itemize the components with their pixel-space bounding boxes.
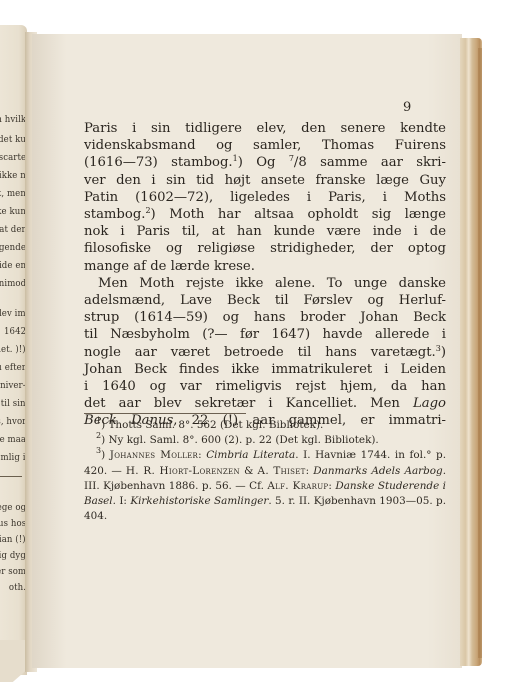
left-page-text-fragment: ldet. )!) [0, 345, 26, 355]
footnotes: 1) Thotts Saml. 8°. 562 (Det kgl. Biblio… [84, 418, 446, 524]
facing-left-page: n hvilk det ku escarte tikke n et, men s… [0, 25, 27, 675]
text-line: nogle aar været betroede til hans varetæ… [84, 344, 446, 361]
page-number: 9 [403, 100, 411, 115]
author-name: Johannes Moller [110, 449, 198, 461]
footnote-3: 3) Johannes Moller: Cimbria Literata. I.… [84, 448, 446, 524]
left-page-text-fragment: enimod [0, 279, 26, 289]
left-page-text-fragment: side en [0, 261, 26, 271]
left-page-text-fragment: escarte [0, 153, 26, 163]
author-name: H. R. Hiort-Lorenzen [126, 465, 240, 477]
work-title: Danmarks Adels Aarbog [313, 465, 442, 477]
text-line: videnskabsmand og samler, Thomas Fuirens [84, 137, 446, 154]
text-line: stambog.2) Moth har altsaa opholdt sig l… [84, 206, 446, 223]
text-line: (1616—73) stambog.1) Og 7/8 samme aar sk… [84, 154, 446, 171]
left-page-text-fragment: s, hvor [0, 417, 26, 427]
left-page-text-fragment: et, men [0, 189, 26, 199]
text-line: Patin (1602—72), ligeledes i Paris, i Mo… [84, 189, 446, 206]
left-page-text-fragment: tikke n [0, 171, 26, 181]
text-line: strup (1614—59) og hans broder Johan Bec… [84, 309, 446, 326]
text-line: nok i Paris til, at han kunde være inde … [84, 223, 446, 240]
work-title: Kirkehistoriske Samlinger [130, 495, 268, 507]
left-page-text-fragment: kus hos [0, 519, 26, 529]
left-page-text-fragment: /1 1642 [0, 327, 26, 337]
left-page-text-fragment: til sin [1, 399, 26, 409]
left-page-text-fragment: n at der [0, 225, 26, 235]
page-edges-shadow [478, 48, 482, 658]
left-page-footnote-rule [0, 476, 22, 477]
left-page-text-fragment: fig dyg [0, 551, 26, 561]
text-line: filosofiske og religiøse stridigheder, d… [84, 240, 446, 257]
footnote-1: 1) Thotts Saml. 8°. 562 (Det kgl. Biblio… [84, 418, 446, 433]
text-line: Johan Beck findes ikke immatrikuleret i … [84, 361, 446, 378]
left-page-text-fragment: læge og [0, 503, 26, 513]
footnote-2: 2) Ny kgl. Saml. 8°. 600 (2). p. 22 (Det… [84, 433, 446, 448]
left-page-text-fragment: re maa [0, 435, 26, 445]
left-page-text-fragment: emlig i [0, 453, 26, 463]
text-line: ver den i sin tid højt ansete franske læ… [84, 172, 446, 189]
author-name: A. Thiset [258, 465, 306, 477]
body-text: Paris i sin tidligere elev, den senere k… [84, 120, 446, 430]
text-line: mange af de lærde krese. [84, 258, 446, 275]
text-line: Paris i sin tidligere elev, den senere k… [84, 120, 446, 137]
left-page-text-fragment: oth. [9, 583, 26, 593]
author-name: Alf. Krarup [267, 480, 328, 492]
paragraph-1: Paris i sin tidligere elev, den senere k… [84, 120, 446, 275]
paragraph-2: Men Moth rejste ikke alene. To unge dans… [84, 275, 446, 430]
left-page-text-fragment: u efter [0, 363, 26, 373]
left-page-text-fragment: tian (!) [0, 535, 26, 545]
left-page-text-fragment: ølgende [0, 243, 26, 253]
left-page-text-fragment: det ku [0, 135, 26, 145]
left-page-text-fragment: univer- [0, 381, 26, 391]
work-title: Cimbria Literata [206, 449, 295, 461]
left-page-text-fragment: n hvilk [0, 115, 26, 125]
text-line: i 1640 og var rimeligvis rejst hjem, da … [84, 378, 446, 395]
text-line: til Næsbyholm (?— før 1647) havde allere… [84, 326, 446, 343]
text-line: Men Moth rejste ikke alene. To unge dans… [84, 275, 446, 292]
footnote-rule [84, 413, 246, 414]
text-line: adelsmænd, Lave Beck til Førslev og Herl… [84, 292, 446, 309]
left-page-text-fragment: lev im [0, 309, 26, 319]
text-line: det aar blev sekretær i Kancelliet. Men … [84, 395, 446, 412]
left-page-text-fragment: aser som [0, 567, 26, 577]
left-page-text-fragment: ske kun [0, 207, 26, 217]
